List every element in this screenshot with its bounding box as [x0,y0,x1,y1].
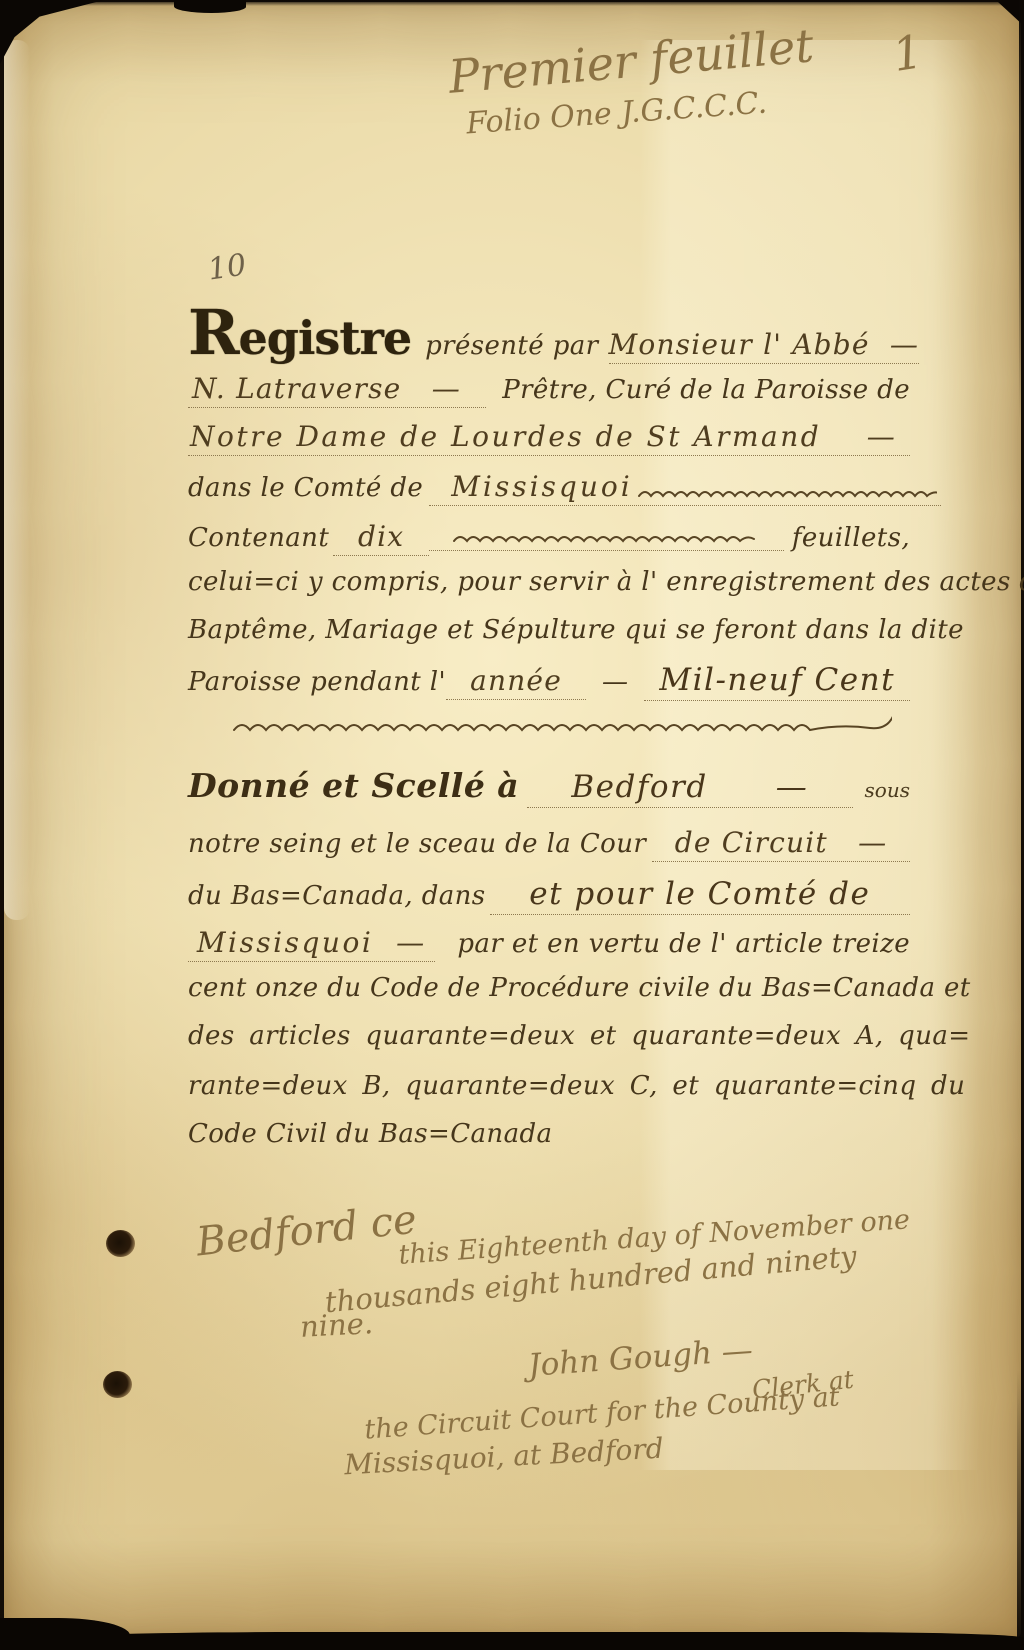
seal-line-county: Missisquoi — par et en vertu de l' artic… [188,926,910,962]
sheet-count-blank: dix [333,520,429,556]
presenter-value: Monsieur l' Abbé — [609,328,920,361]
pencil-annotation: 10 [206,248,249,288]
photo-edge-left [0,540,4,1300]
photo-edge-bottom [0,1632,1024,1650]
punch-hole-top [106,1230,135,1257]
registre-title: Registre [188,296,411,369]
place-value: Bedford — [571,769,808,805]
seal-line-canada: du Bas=Canada, dans et pour le Comté de [188,876,910,915]
seal-line-given: Donné et Scellé à Bedford — sous [188,766,910,808]
photo-edge-right-top [1019,0,1024,420]
year-value: Mil-neuf Cent [659,662,895,698]
parish-during-label: Paroisse pendant l' [188,668,446,698]
priest-name-blank: N. Latraverse — [188,372,486,408]
year-word-blank: année [446,664,586,700]
register-line-year: Paroisse pendant l' année — Mil-neuf Cen… [188,662,910,701]
year-word-value: année [470,664,562,697]
attestation-date3-text: nine. [299,1306,374,1344]
priest-title-label: Prêtre, Curé de la Paroisse de [502,376,910,406]
year-value-blank: Mil-neuf Cent [644,662,910,701]
parish-value: Notre Dame de Lourdes de St Armand — [190,420,897,453]
flourish-rule [228,712,896,740]
register-line-acts: Baptême, Mariage et Sépulture qui se fer… [188,616,964,646]
county-prefix-label: dans le Comté de [188,474,423,504]
seal-code-line4: Code Civil du Bas=Canada [188,1120,552,1150]
seal-code-line1: cent onze du Code de Procédure civile du… [188,974,971,1004]
seal-county-value: Missisquoi — [197,926,427,959]
sheet-count-value: dix [358,520,404,553]
seal-county-blank: Missisquoi — [188,926,435,962]
sous-label: sous [865,778,910,802]
flourish-wave-long [232,712,892,738]
sheets-filler-blank [429,530,784,551]
code-line3-text: rante=deux B, quarante=deux C, et quaran… [188,1072,965,1102]
court-value: de Circuit — [675,826,888,859]
parish-blank: Notre Dame de Lourdes de St Armand — [188,420,910,456]
code-line1-text: cent onze du Code de Procédure civile du… [188,974,971,1004]
photo-edge-top-blob [174,0,246,13]
register-line-county: dans le Comté de Missisquoi [188,470,910,506]
place-blank: Bedford — [527,769,852,808]
sheets-word-label: feuillets, [792,524,910,554]
flourish-wave-county [637,485,937,501]
pencil-note-text: 10 [206,248,249,288]
containing-label: Contenant [188,524,329,554]
given-at-label: Donné et Scellé à [188,766,519,805]
register-line-priest: N. Latraverse — Prêtre, Curé de la Paroi… [188,372,910,408]
included-text: celui=ci y compris, pour servir à l' enr… [188,568,1024,598]
presenter-blank: Monsieur l' Abbé — [609,328,920,364]
flourish-wave-sheets [452,530,762,546]
register-line-parish: Notre Dame de Lourdes de St Armand — [188,420,910,456]
for-county-blank: et pour le Comté de [490,876,910,915]
register-line-included: celui=ci y compris, pour servir à l' enr… [188,568,1024,598]
priest-name-value: N. Latraverse — [192,372,461,405]
register-page-photo: Premier feuillet 1 Folio One J.G.C.C.C. … [0,0,1024,1650]
year-dash: — [602,668,628,698]
seal-code-line2: des articles quarante=deux et quarante=d… [188,1022,970,1052]
seal-line-label: notre seing et le sceau de la Cour [188,830,646,860]
court-blank: de Circuit — [652,826,910,862]
photo-corner-bottom-left [0,1618,130,1650]
by-virtue-label: par et en vertu de l' article treize [457,930,910,960]
for-county-value: et pour le Comté de [529,876,870,912]
code-line2-text: des articles quarante=deux et quarante=d… [188,1022,970,1052]
lower-canada-label: du Bas=Canada, dans [188,882,486,912]
worn-left-edge [4,40,30,920]
seal-line-court: notre seing et le sceau de la Cour de Ci… [188,826,910,862]
acts-text: Baptême, Mariage et Sépulture qui se fer… [188,616,964,646]
photo-edge-right-bottom [1017,1370,1024,1650]
parchment-page [4,2,1021,1638]
attestation-date3: nine. [299,1306,374,1344]
presented-by-label: présenté par [425,332,598,362]
register-line-sheets: Contenant dix feuillets, [188,520,910,556]
photo-edge-top [0,0,1024,6]
register-line-title: Registre présenté par Monsieur l' Abbé — [188,296,910,369]
code-line4-text: Code Civil du Bas=Canada [188,1120,552,1150]
seal-code-line3: rante=deux B, quarante=deux C, et quaran… [188,1072,965,1102]
county-value: Missisquoi [451,470,632,503]
punch-hole-bottom [103,1371,132,1398]
county-blank: Missisquoi [429,470,940,506]
